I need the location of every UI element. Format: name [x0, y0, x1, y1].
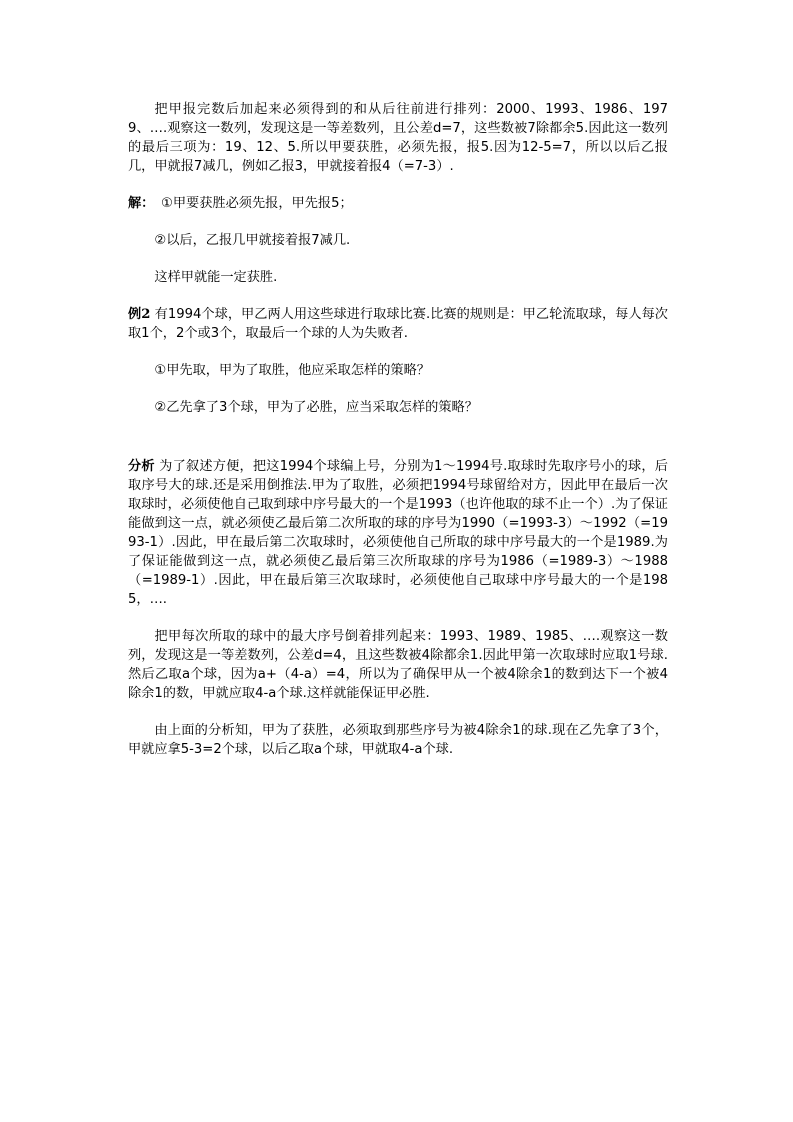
spacer [128, 609, 668, 627]
solution-step-1: 解：①甲要获胜必须先报，甲先报5； [128, 194, 668, 213]
spacer [128, 176, 668, 194]
example-2-statement: 例2 有1994个球，甲乙两人用这些球进行取球比赛.比赛的规则是：甲乙轮流取球，… [128, 305, 668, 343]
spacer [128, 213, 668, 231]
example-2-label: 例2 [128, 307, 150, 322]
solution-step-2: ②以后，乙报几甲就接着报7减几. [128, 231, 668, 250]
analysis-text: 为了叙述方便，把这1994个球编上号，分别为1～1994号.取球时先取序号小的球… [128, 459, 668, 607]
solution-conclusion: 这样甲就能一定获胜. [128, 268, 668, 287]
example-2-question-2: ②乙先拿了3个球，甲为了必胜，应当采取怎样的策略？ [128, 398, 668, 417]
spacer [128, 703, 668, 721]
document-page: 把甲报完数后加起来必须得到的和从后往前进行排列：2000、1993、1986、1… [128, 100, 668, 759]
example-2-text: 有1994个球，甲乙两人用这些球进行取球比赛.比赛的规则是：甲乙轮流取球，每人每… [128, 307, 668, 341]
analysis-paragraph-3: 由上面的分析知，甲为了获胜，必须取到那些序号为被4除余1的球.现在乙先拿了3个，… [128, 721, 668, 759]
analysis-label: 分析 [128, 459, 155, 474]
spacer [128, 417, 668, 457]
spacer [128, 343, 668, 361]
analysis-paragraph-2: 把甲每次所取的球中的最大序号倒着排列起来：1993、1989、1985、….观察… [128, 627, 668, 703]
solution-label: 解： [128, 194, 161, 213]
spacer [128, 380, 668, 398]
example-2-question-1: ①甲先取，甲为了取胜，他应采取怎样的策略？ [128, 361, 668, 380]
solution-step-1-text: ①甲要获胜必须先报，甲先报5； [161, 196, 353, 211]
analysis-paragraph-1: 分析 为了叙述方便，把这1994个球编上号，分别为1～1994号.取球时先取序号… [128, 457, 668, 609]
spacer [128, 250, 668, 268]
intro-paragraph: 把甲报完数后加起来必须得到的和从后往前进行排列：2000、1993、1986、1… [128, 100, 668, 176]
spacer [128, 287, 668, 305]
